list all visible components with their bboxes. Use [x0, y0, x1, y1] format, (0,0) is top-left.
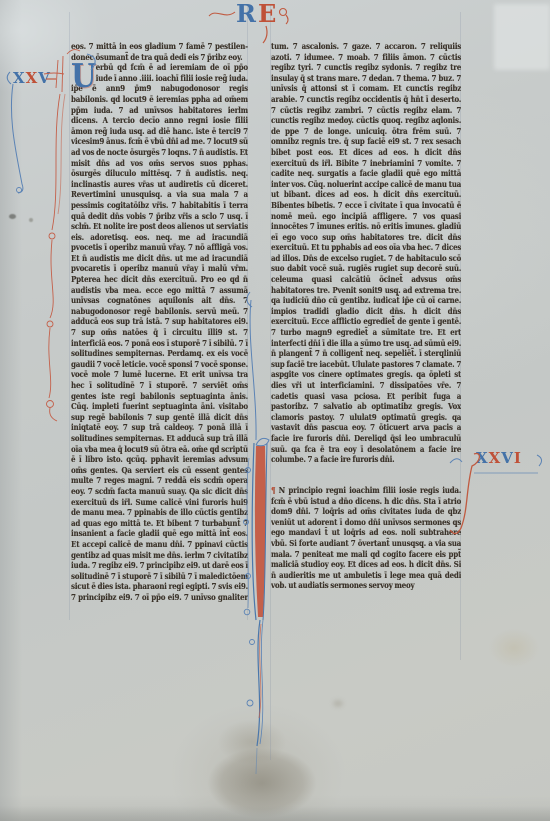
running-title-flourish-left — [209, 12, 235, 16]
initial-V-penwork — [44, 50, 80, 421]
chapter-26-initial-descender — [247, 620, 263, 774]
chapter-xxvi-penwork — [450, 453, 542, 533]
chapter-xxv-penwork — [7, 72, 56, 193]
penwork-overlay — [0, 0, 550, 821]
initial-V-blue-curl — [87, 54, 95, 70]
chapter-26-initial-I — [244, 292, 270, 620]
running-title-flourish-right — [280, 9, 289, 25]
manuscript-photo: { "palette": { "ink": "#3b332a", "red": … — [0, 0, 550, 821]
running-title-E-tail — [263, 26, 267, 43]
